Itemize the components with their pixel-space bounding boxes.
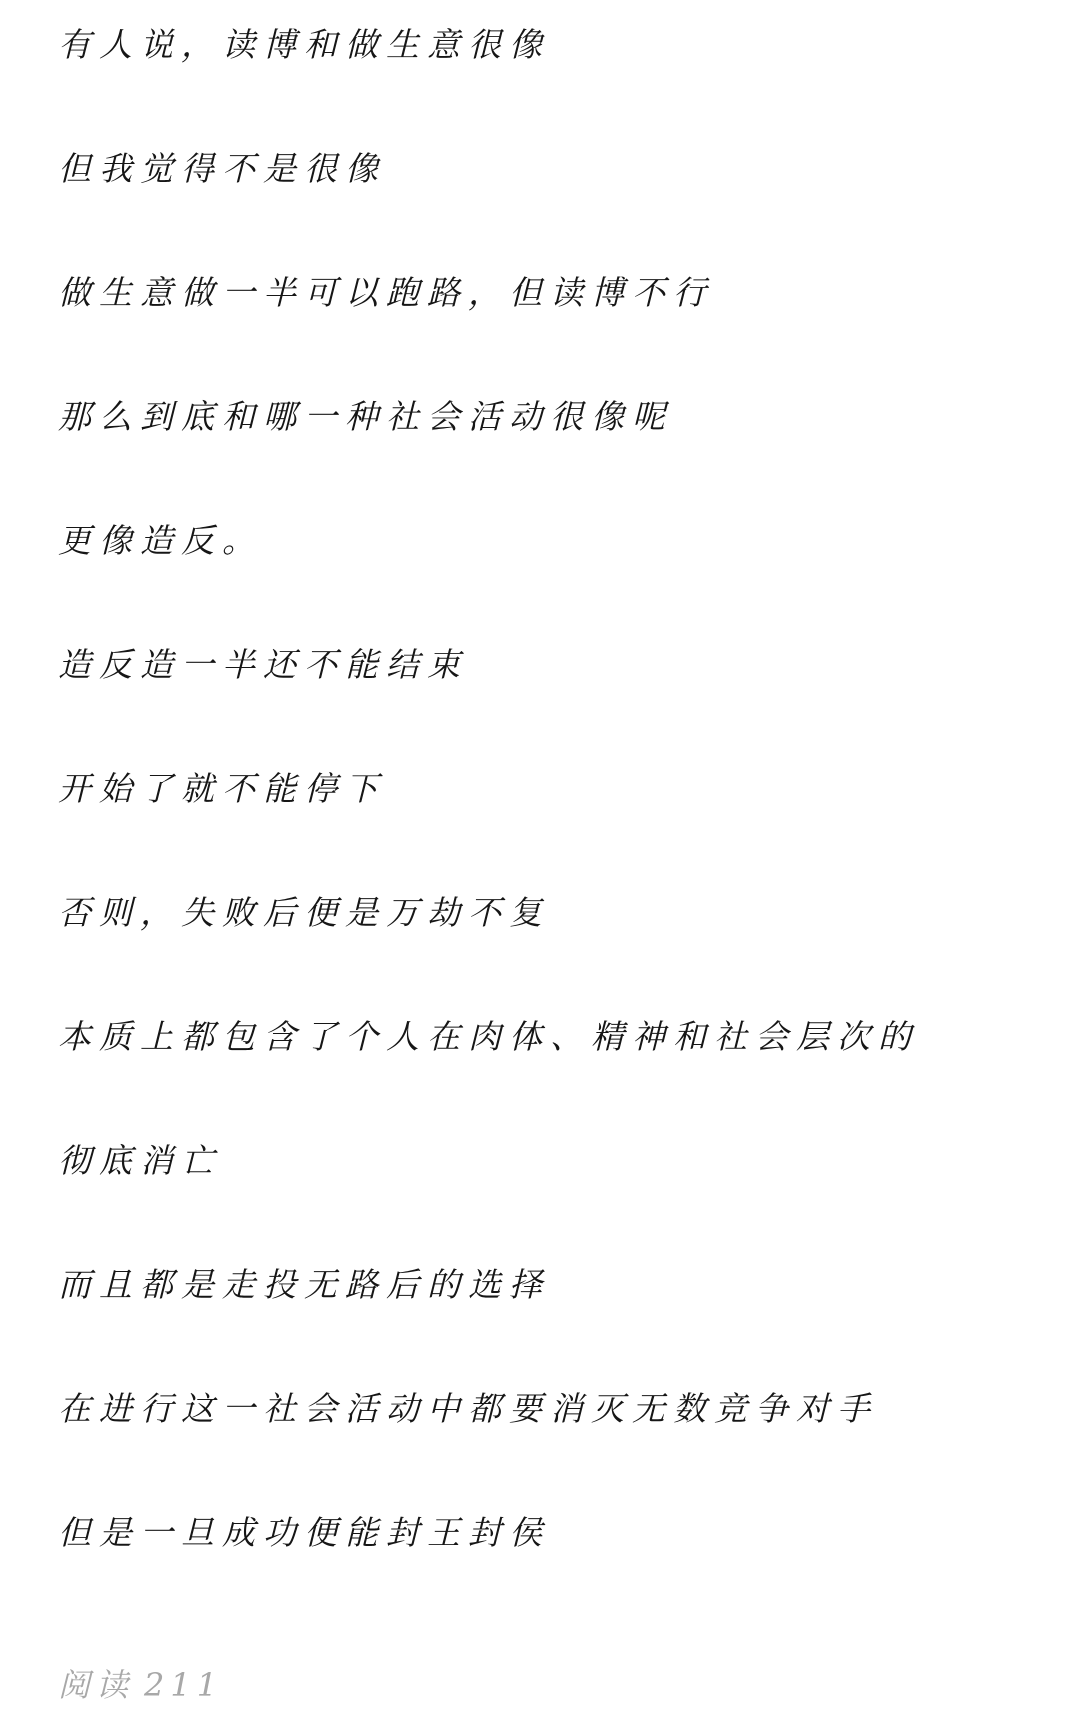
post-line: 开始了就不能停下 bbox=[58, 759, 386, 819]
post-line: 做生意做一半可以跑路，但读博不行 bbox=[58, 263, 714, 323]
post-line: 否则，失败后便是万劫不复 bbox=[58, 883, 550, 943]
read-count-value: 211 bbox=[144, 1666, 223, 1704]
read-count-label: 阅读 bbox=[58, 1666, 134, 1704]
post-line: 而且都是走投无路后的选择 bbox=[58, 1255, 550, 1315]
read-count: 阅读211 bbox=[58, 1655, 223, 1715]
post-line: 更像造反。 bbox=[58, 511, 263, 571]
post-line: 但是一旦成功便能封王封侯 bbox=[58, 1503, 550, 1563]
post-line: 彻底消亡 bbox=[58, 1131, 222, 1191]
post-line: 但我觉得不是很像 bbox=[58, 139, 386, 199]
post-line: 那么到底和哪一种社会活动很像呢 bbox=[58, 387, 673, 447]
post-line: 有人说，读博和做生意很像 bbox=[58, 15, 550, 75]
post-line: 在进行这一社会活动中都要消灭无数竞争对手 bbox=[58, 1379, 878, 1439]
post-line: 本质上都包含了个人在肉体、精神和社会层次的 bbox=[58, 1007, 919, 1067]
post-line: 造反造一半还不能结束 bbox=[58, 635, 468, 695]
